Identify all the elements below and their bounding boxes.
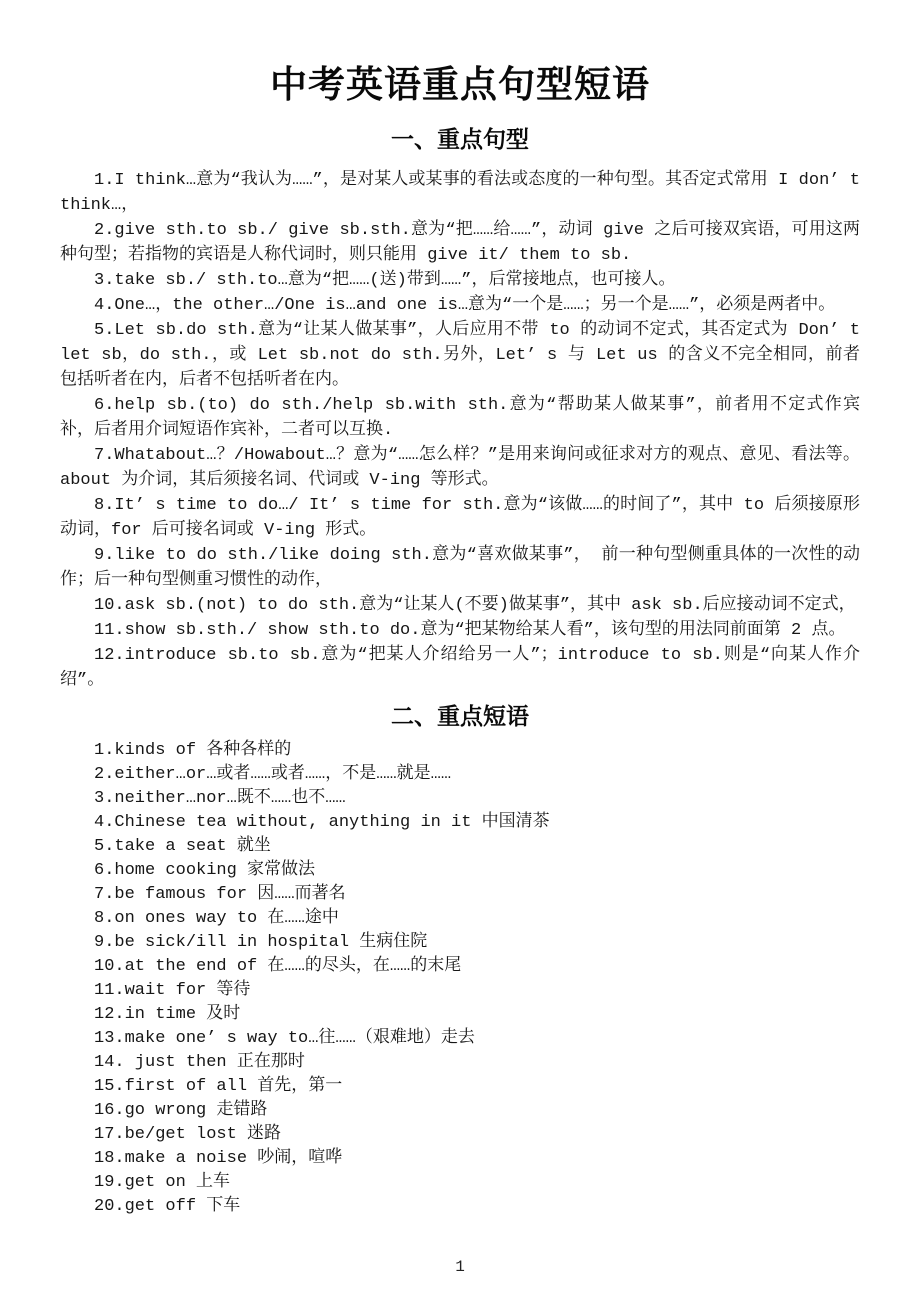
phrase-item: 13.make one’ s way to…往……（艰难地）走去 xyxy=(60,1027,860,1051)
phrase-item: 6.home cooking 家常做法 xyxy=(60,859,860,883)
pattern-item: 6.help sb.(to) do sth./help sb.with sth.… xyxy=(60,393,860,443)
pattern-item: 12.introduce sb.to sb.意为“把某人介绍给另一人”；intr… xyxy=(60,643,860,693)
pattern-item: 11.show sb.sth./ show sth.to do.意为“把某物给某… xyxy=(60,618,860,643)
phrase-item: 17.be/get lost 迷路 xyxy=(60,1123,860,1147)
document-title: 中考英语重点句型短语 xyxy=(60,62,860,108)
page-number: 1 xyxy=(0,1258,920,1276)
phrase-item: 3.neither…nor…既不……也不…… xyxy=(60,787,860,811)
pattern-item: 7.Whatabout…？/Howabout…？意为“……怎么样？”是用来询问或… xyxy=(60,443,860,493)
phrase-item: 18.make a noise 吵闹，喧哗 xyxy=(60,1147,860,1171)
phrase-item: 5.take a seat 就坐 xyxy=(60,835,860,859)
phrase-item: 4.Chinese tea without, anything in it 中国… xyxy=(60,811,860,835)
phrase-item: 11.wait for 等待 xyxy=(60,979,860,1003)
phrase-item: 20.get off 下车 xyxy=(60,1195,860,1219)
phrase-item: 1.kinds of 各种各样的 xyxy=(60,739,860,763)
pattern-item: 2.give sth.to sb./ give sb.sth.意为“把……给……… xyxy=(60,218,860,268)
phrase-item: 19.get on 上车 xyxy=(60,1171,860,1195)
pattern-item: 3.take sb./ sth.to…意为“把……(送)带到……”，后常接地点，… xyxy=(60,268,860,293)
phrase-item: 7.be famous for 因……而著名 xyxy=(60,883,860,907)
section-2-heading: 二、重点短语 xyxy=(60,701,860,731)
phrase-item: 15.first of all 首先，第一 xyxy=(60,1075,860,1099)
phrase-item: 16.go wrong 走错路 xyxy=(60,1099,860,1123)
phrase-item: 8.on ones way to 在……途中 xyxy=(60,907,860,931)
section-1-heading: 一、重点句型 xyxy=(60,124,860,154)
phrase-item: 9.be sick/ill in hospital 生病住院 xyxy=(60,931,860,955)
phrase-item: 10.at the end of 在……的尽头，在……的末尾 xyxy=(60,955,860,979)
pattern-item: 4.One…，the other…/One is…and one is…意为“一… xyxy=(60,293,860,318)
pattern-item: 5.Let sb.do sth.意为“让某人做某事”，人后应用不带 to 的动词… xyxy=(60,318,860,393)
document-content: 中考英语重点句型短语 一、重点句型 1.I think…意为“我认为……”，是对… xyxy=(0,62,920,1219)
phrase-item: 14. just then 正在那时 xyxy=(60,1051,860,1075)
pattern-item: 10.ask sb.(not) to do sth.意为“让某人(不要)做某事”… xyxy=(60,593,860,618)
phrase-item: 2.either…or…或者……或者……，不是……就是…… xyxy=(60,763,860,787)
pattern-item: 9.like to do sth./like doing sth.意为“喜欢做某… xyxy=(60,543,860,593)
phrase-item: 12.in time 及时 xyxy=(60,1003,860,1027)
document-page: 中考英语重点句型短语 一、重点句型 1.I think…意为“我认为……”，是对… xyxy=(0,0,920,1302)
pattern-item: 8.It’ s time to do…/ It’ s time for sth.… xyxy=(60,493,860,543)
pattern-item: 1.I think…意为“我认为……”，是对某人或某事的看法或态度的一种句型。其… xyxy=(60,168,860,218)
